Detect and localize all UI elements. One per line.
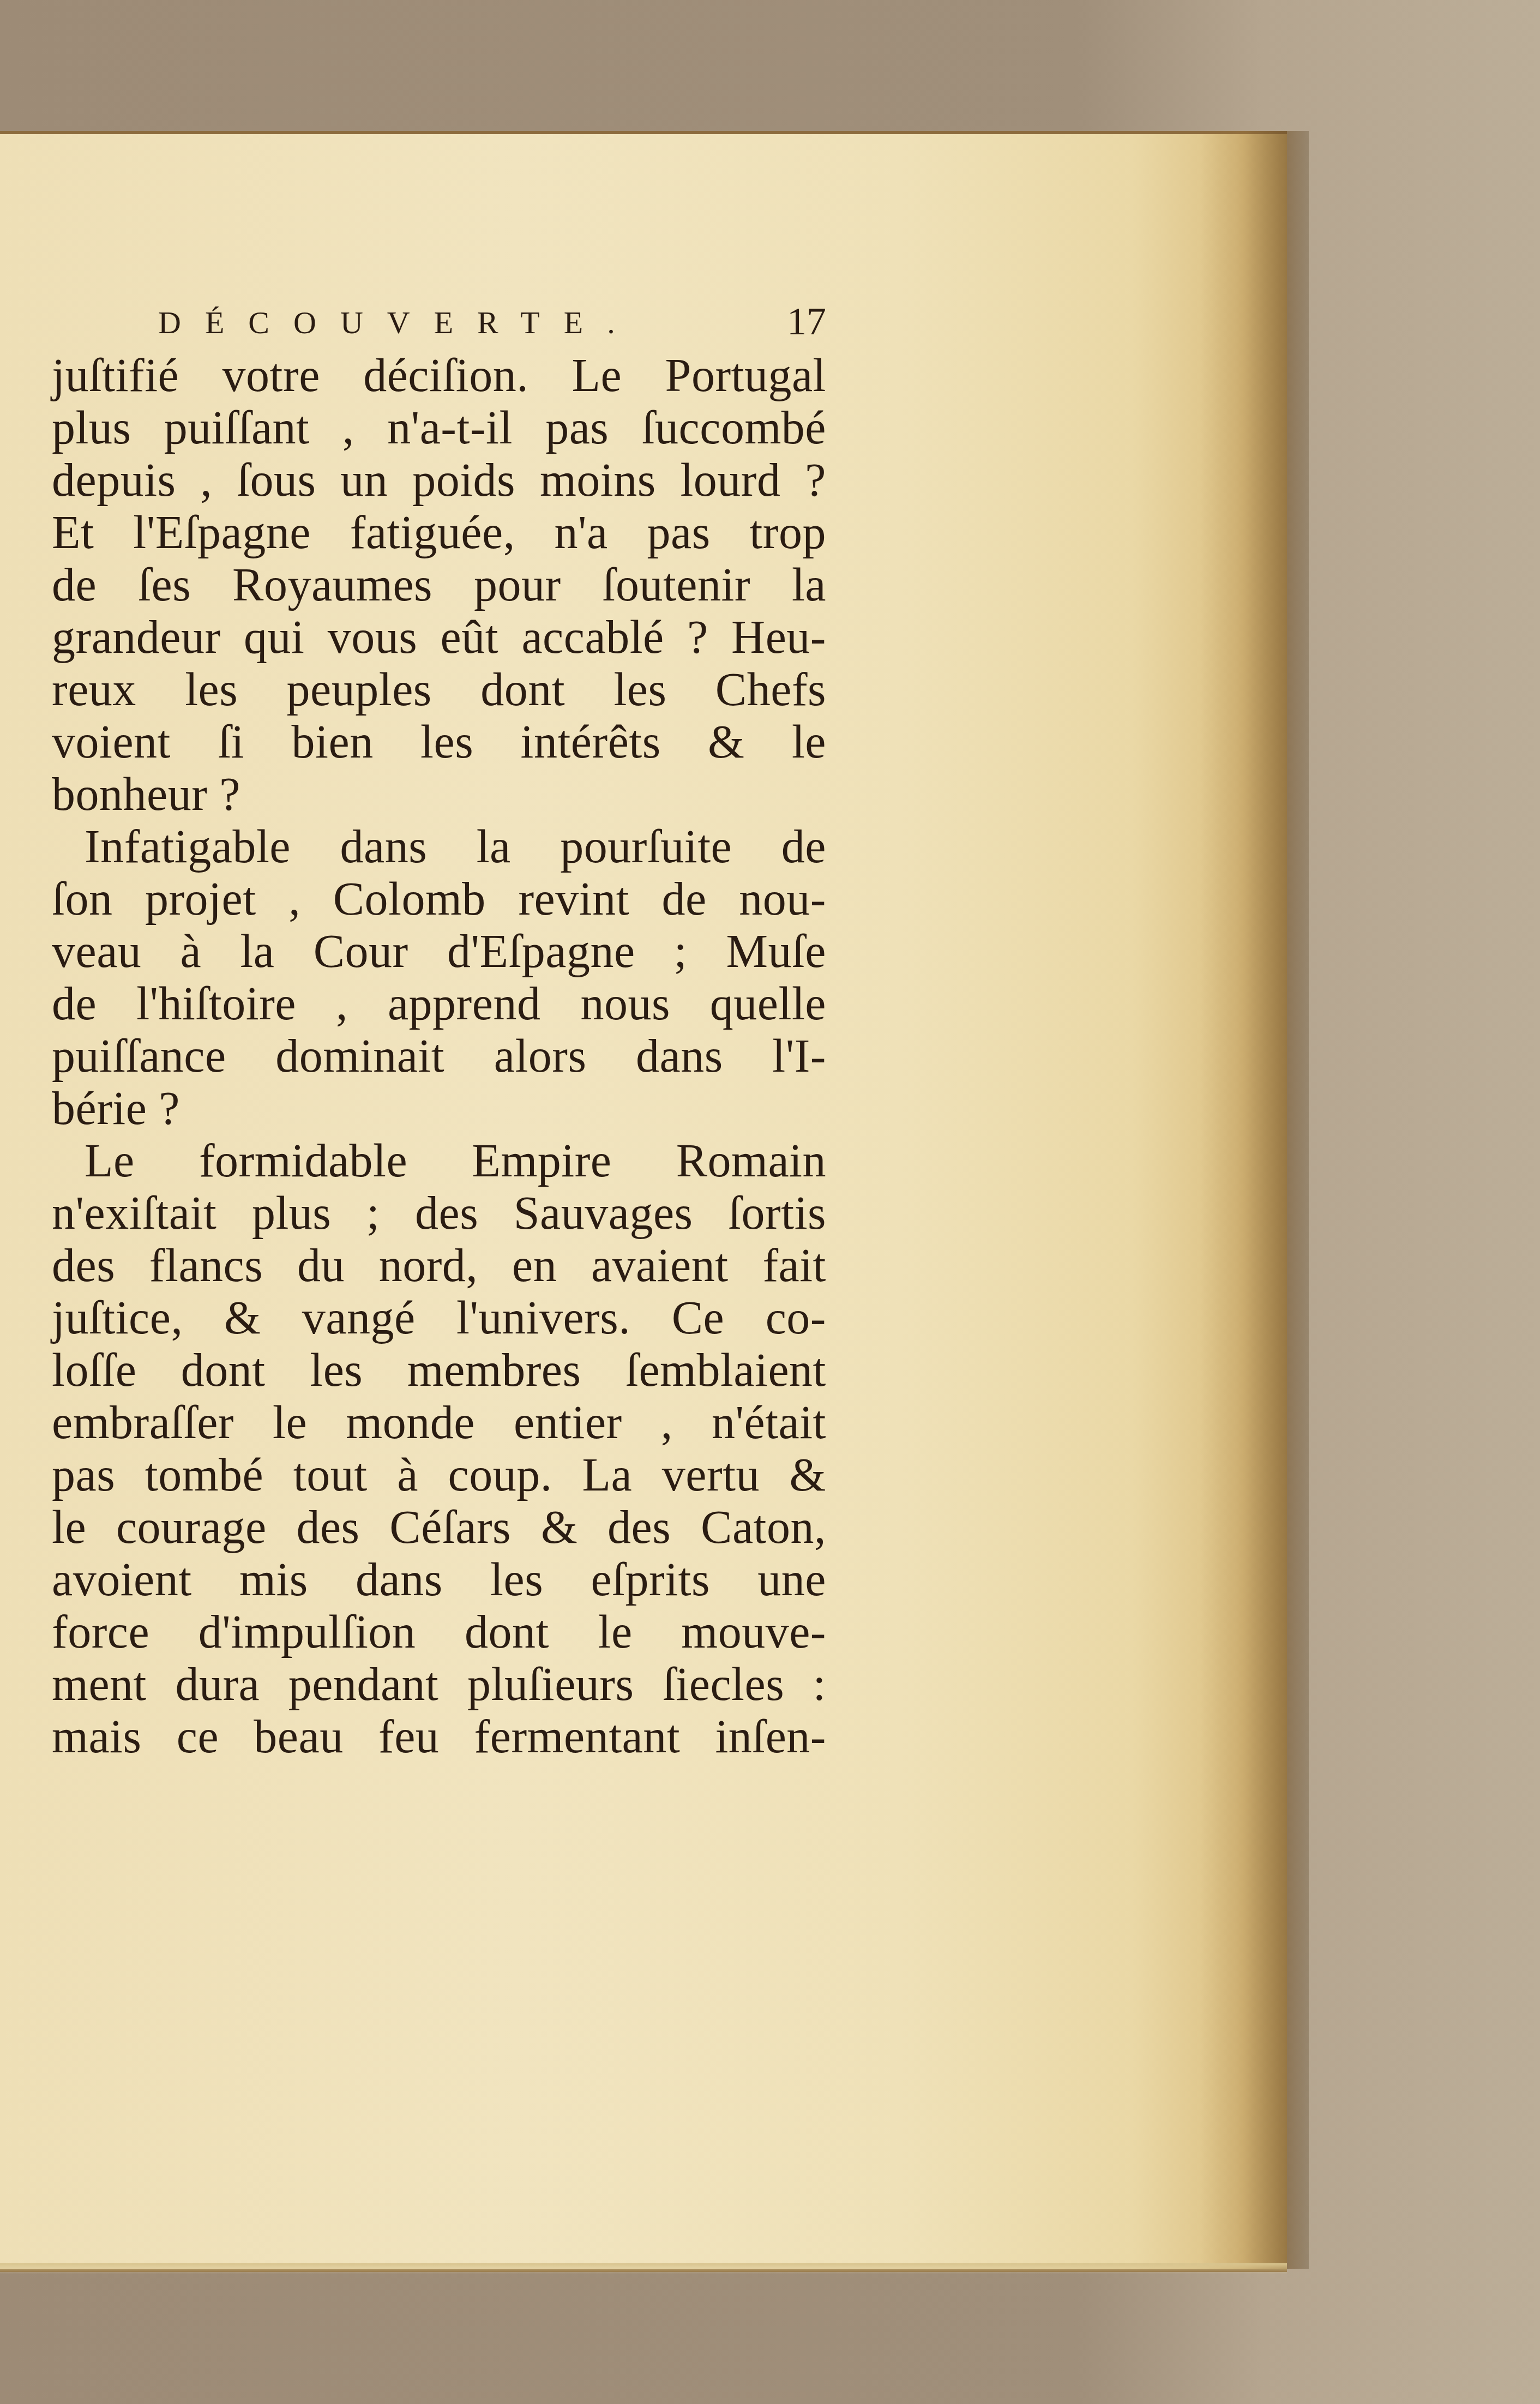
text-line: ment dura pendant pluſieurs ſiecles :: [52, 1658, 826, 1710]
text-line: Le formidable Empire Romain: [52, 1134, 826, 1187]
text-line: Et l'Eſpagne fatiguée, n'a pas trop: [52, 506, 826, 558]
text-line: avoient mis dans les eſprits une: [52, 1553, 826, 1606]
text-line: depuis , ſous un poids moins lourd ?: [52, 454, 826, 506]
body-text: juſtifié votre déciſion. Le Portugalplus…: [52, 349, 826, 1763]
text-line: embraſſer le monde entier , n'était: [52, 1396, 826, 1449]
text-line: plus puiſſant , n'a-t-il pas ſuccombé: [52, 401, 826, 454]
page-number: 17: [787, 299, 826, 344]
text-line: loſſe dont les membres ſemblaient: [52, 1344, 826, 1396]
text-line: puiſſance dominait alors dans l'I-: [52, 1030, 826, 1082]
text-line: juſtice, & vangé l'univers. Ce co-: [52, 1291, 826, 1344]
text-line: de ſes Royaumes pour ſoutenir la: [52, 558, 826, 611]
text-line: ſon projet , Colomb revint de nou-: [52, 873, 826, 925]
text-line: force d'impulſion dont le mouve-: [52, 1606, 826, 1658]
text-line: juſtifié votre déciſion. Le Portugal: [52, 349, 826, 401]
running-head-title: DÉCOUVERTE.: [158, 304, 639, 341]
text-line: bonheur ?: [52, 768, 826, 820]
page-bottom-edge: [0, 2263, 1287, 2274]
text-line: pas tombé tout à coup. La vertu &: [52, 1449, 826, 1501]
text-line: de l'hiſtoire , apprend nous quelle: [52, 977, 826, 1030]
running-head: DÉCOUVERTE. 17: [52, 295, 826, 349]
text-line: veau à la Cour d'Eſpagne ; Muſe: [52, 925, 826, 977]
text-line: Infatigable dans la pourſuite de: [52, 820, 826, 873]
text-line: grandeur qui vous eût accablé ? Heu-: [52, 611, 826, 663]
text-line: bérie ?: [52, 1082, 826, 1134]
text-line: mais ce beau feu fermentant inſen-: [52, 1710, 826, 1763]
page-fore-edge: [1200, 131, 1309, 2269]
text-line: des flancs du nord, en avaient fait: [52, 1239, 826, 1291]
page-text-block: DÉCOUVERTE. 17 juſtifié votre déciſion. …: [52, 295, 826, 1763]
text-line: reux les peuples dont les Chefs: [52, 663, 826, 716]
text-line: voient ſi bien les intérêts & le: [52, 716, 826, 768]
text-line: n'exiſtait plus ; des Sauvages ſortis: [52, 1187, 826, 1239]
text-line: le courage des Céſars & des Caton,: [52, 1501, 826, 1553]
